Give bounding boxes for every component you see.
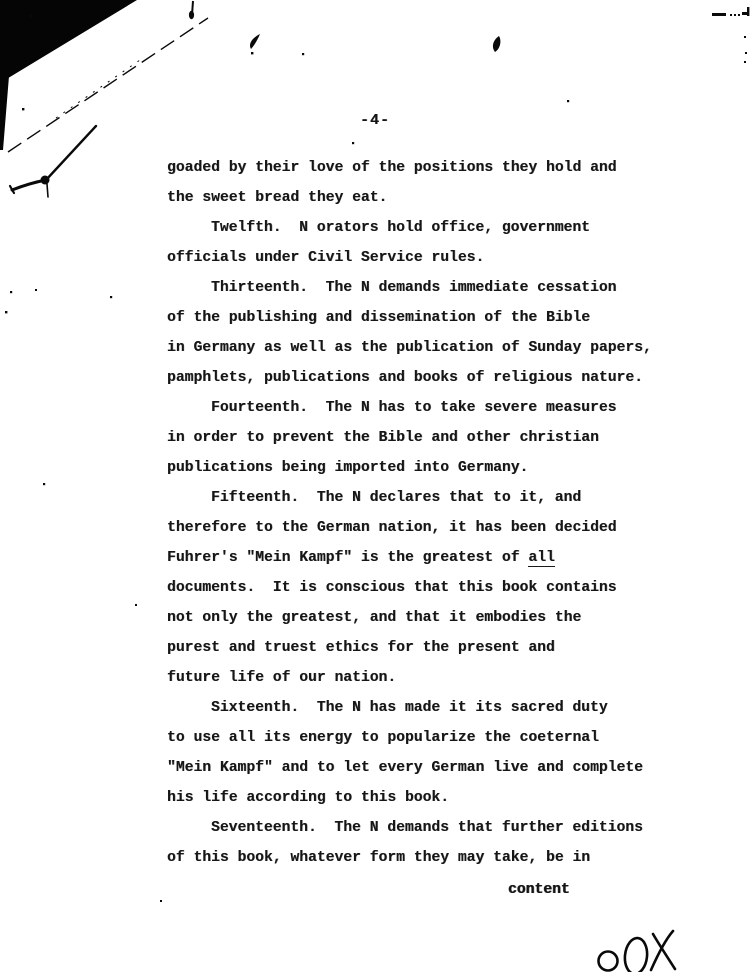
typed-line: documents. It is conscious that this boo…	[167, 573, 677, 603]
catchword: content	[508, 879, 570, 901]
typed-line: Fuhrer's "Mein Kampf" is the greatest of…	[167, 543, 677, 573]
top-right-dashes	[712, 7, 749, 63]
page-number: -4-	[0, 112, 750, 129]
typed-line: in Germany as well as the publication of…	[167, 333, 677, 363]
underlined-word: all	[528, 550, 554, 567]
typed-line: not only the greatest, and that it embod…	[167, 603, 677, 633]
typed-line: Thirteenth. The N demands immediate cess…	[167, 273, 677, 303]
typed-line: therefore to the German nation, it has b…	[167, 513, 677, 543]
typed-line: Fifteenth. The N declares that to it, an…	[167, 483, 677, 513]
handwritten-notation	[599, 931, 676, 972]
typed-line: Fourteenth. The N has to take severe mea…	[167, 393, 677, 423]
typed-line: "Mein Kampf" and to let every German liv…	[167, 753, 677, 783]
typed-line: officials under Civil Service rules.	[167, 243, 677, 273]
typed-line: purest and truest ethics for the present…	[167, 633, 677, 663]
typed-line: goaded by their love of the positions th…	[167, 153, 677, 183]
typed-line: Twelfth. N orators hold office, governme…	[167, 213, 677, 243]
typed-line-segment: Fuhrer's "Mein Kampf" is the greatest of	[167, 550, 528, 566]
typed-line: his life according to this book.	[167, 783, 677, 813]
scan-corner-fold-artifact	[0, 0, 208, 152]
typed-line: future life of our nation.	[167, 663, 677, 693]
typed-line: publications being imported into Germany…	[167, 453, 677, 483]
pen-stroke	[189, 1, 194, 19]
document-page: -4- goaded by their love of the position…	[0, 0, 750, 972]
typed-text-block: goaded by their love of the positions th…	[167, 153, 677, 873]
typed-line: Seventeenth. The N demands that further …	[167, 813, 677, 843]
typed-line: Sixteenth. The N has made it its sacred …	[167, 693, 677, 723]
typed-line: of this book, whatever form they may tak…	[167, 843, 677, 873]
typed-line: in order to prevent the Bible and other …	[167, 423, 677, 453]
typed-line: pamphlets, publications and books of rel…	[167, 363, 677, 393]
handwritten-check-mark	[10, 126, 96, 197]
typed-line: of the publishing and dissemination of t…	[167, 303, 677, 333]
ink-blot-right	[493, 36, 500, 52]
typed-line: the sweet bread they eat.	[167, 183, 677, 213]
typed-line: to use all its energy to popularize the …	[167, 723, 677, 753]
ink-blot-left	[250, 34, 260, 54]
